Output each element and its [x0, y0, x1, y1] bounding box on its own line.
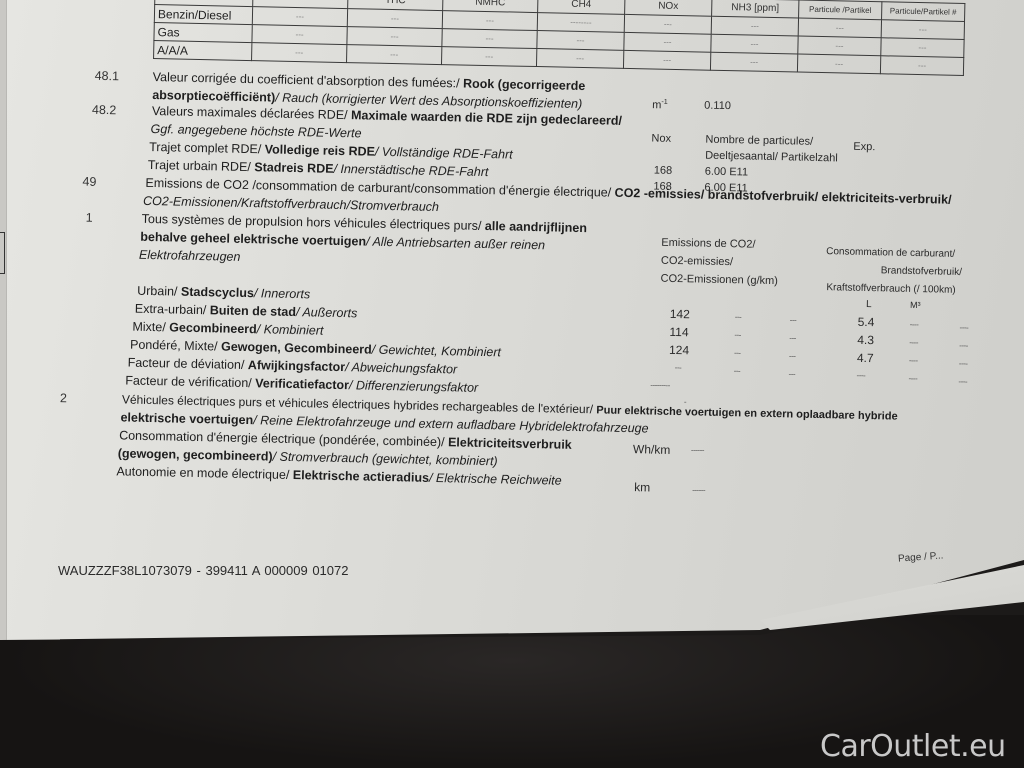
rde-exp-header: Exp. — [853, 141, 875, 153]
smoke-unit: m-1 — [652, 98, 668, 111]
rde-particles-header-2: Deeltjesaantal/ Partikelzahl — [705, 150, 838, 165]
emissions-table: THC NMHC CH4 NOx NH3 [ppm] Particule /Pa… — [153, 0, 965, 76]
fuel-header-2: Brandstofverbruik/ — [881, 265, 962, 278]
urban-co2: 142 — [670, 307, 690, 321]
item-48-2-line2: Ggf. angegebene höchste RDE-Werte — [150, 122, 361, 140]
deviation-factor-row: Facteur de déviation/ Afwijkingsfactor/ … — [128, 356, 458, 377]
extra-urban-fuel-l: 4.3 — [857, 333, 874, 347]
smoke-value: 0.110 — [704, 100, 731, 113]
item-number-48-1: 48.1 — [95, 69, 120, 84]
combined-co2: 124 — [669, 343, 689, 357]
rde-particles-header-1: Nombre de particules/ — [705, 134, 813, 148]
fuel-header-1: Consommation de carburant/ — [826, 246, 955, 260]
document-content: THC NMHC CH4 NOx NH3 [ppm] Particule /Pa… — [0, 0, 1024, 658]
co2-header-1: Emissions de CO2/ — [661, 237, 755, 251]
item-number-48-2: 48.2 — [92, 103, 117, 118]
co2-header-3: CO2-Emissionen (g/km) — [660, 273, 778, 287]
cycle-row-extra-urban: Extra-urbain/ Buiten de stad/ Außerorts — [135, 302, 358, 321]
electric-consumption-unit: Wh/km — [633, 442, 671, 457]
co2-header-2: CO2-emissies/ — [661, 255, 733, 269]
urban-fuel-l: 5.4 — [858, 315, 875, 329]
item-1-line3: Elektrofahrzeugen — [139, 248, 241, 264]
vin-reference-line: WAUZZZF38L1073079 - 399411 A 000009 0107… — [58, 563, 348, 578]
combined-fuel-l: 4.7 — [857, 351, 874, 365]
item-number-49: 49 — [82, 175, 96, 189]
item-number-2: 2 — [60, 391, 67, 405]
item-49-line2: CO2-Emissionen/Kraftstoffverbrauch/Strom… — [143, 194, 439, 214]
fuel-header-3: Kraftstoffverbrauch (/ 100km) — [826, 282, 956, 296]
rde-complete-nox: 168 — [654, 165, 673, 177]
electric-range-unit: km — [634, 480, 650, 494]
rde-row-urban: Trajet urbain RDE/ Stadreis RDE/ Innerst… — [148, 158, 489, 179]
rde-complete-particles: 6.00 E11 — [705, 166, 748, 179]
cycle-row-combined: Mixte/ Gecombineerd/ Kombiniert — [132, 320, 323, 338]
item-number-1: 1 — [86, 211, 93, 225]
unit-liters: L — [866, 299, 872, 310]
deviation-factor-value: --------- — [650, 380, 670, 389]
electric-consumption-value: ------ — [691, 445, 704, 454]
verification-factor-row: Facteur de vérification/ Verificatiefact… — [125, 374, 478, 395]
unit-m3: M³ — [910, 300, 921, 310]
rde-nox-header: Nox — [651, 132, 671, 144]
cycle-row-urban: Urbain/ Stadscyclus/ Innerorts — [137, 284, 310, 302]
electric-range-value: ------ — [692, 485, 705, 494]
extra-urban-co2: 114 — [669, 325, 688, 339]
caroutlet-watermark: CarOutlet.eu — [820, 729, 1006, 764]
